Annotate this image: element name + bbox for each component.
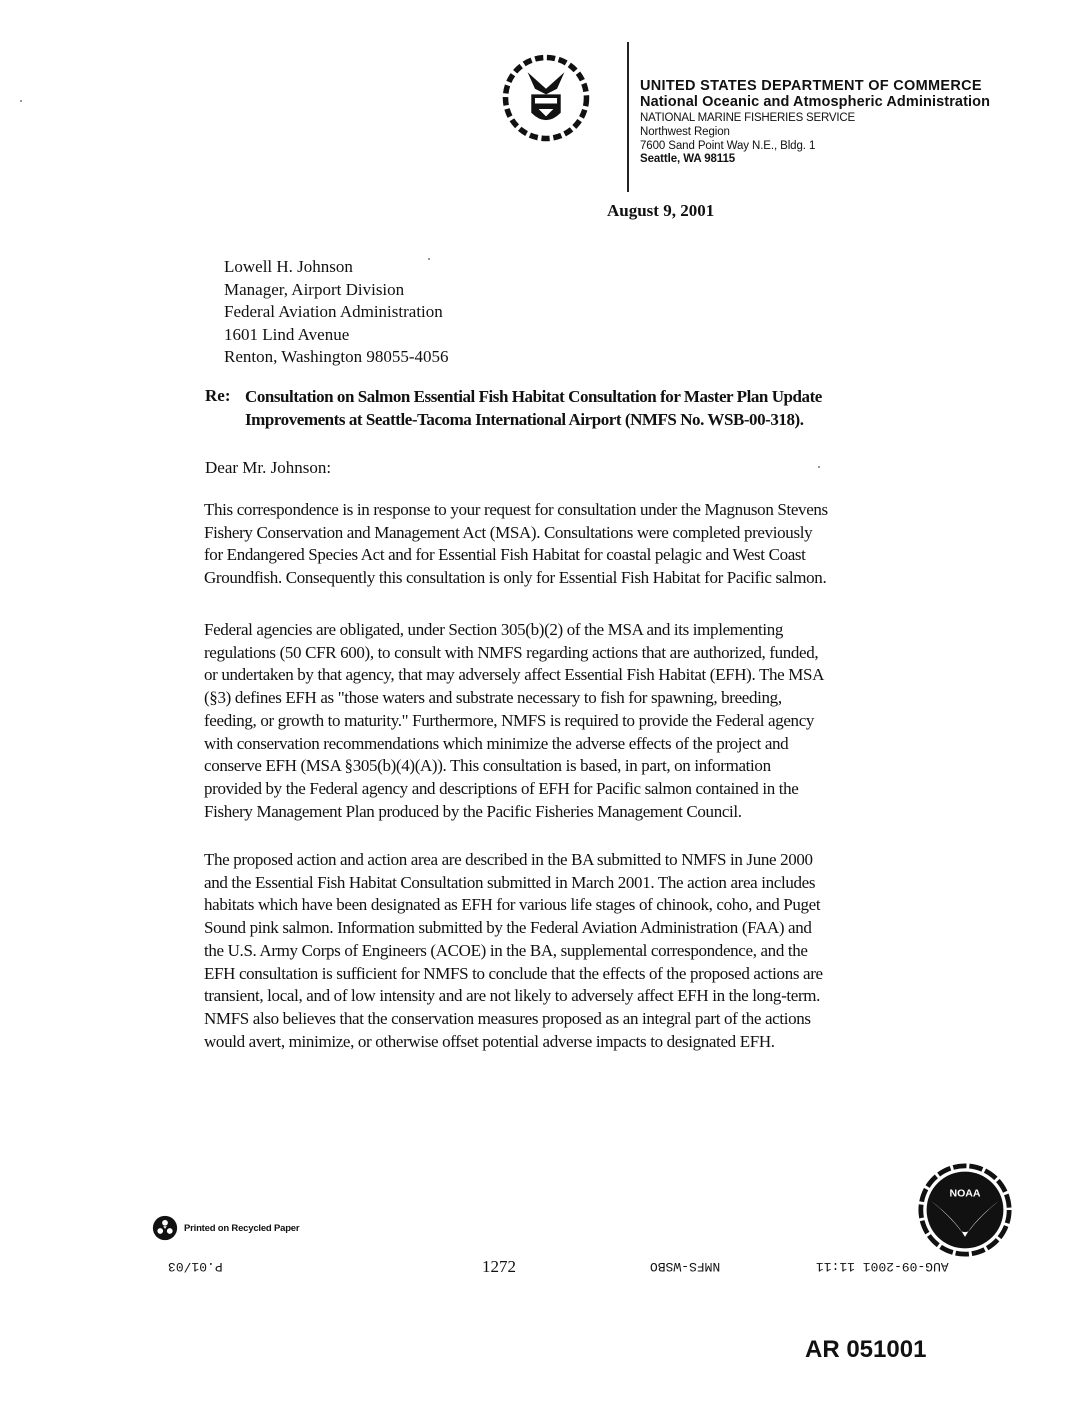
paragraph-line: feeding, or growth to maturity." Further…: [204, 710, 974, 733]
letter-date: August 9, 2001: [607, 201, 714, 221]
recipient-address: Lowell H. Johnson Manager, Airport Divis…: [224, 256, 449, 369]
recipient-city: Renton, Washington 98055-4056: [224, 346, 449, 369]
letterhead-region: Northwest Region: [640, 126, 990, 140]
scan-speck: [428, 258, 430, 260]
noaa-logo-text: NOAA: [949, 1188, 980, 1200]
letterhead-city: Seattle, WA 98115: [640, 153, 990, 167]
paragraph-line: Fishery Management Plan produced by the …: [204, 801, 974, 824]
subject-line: Consultation on Salmon Essential Fish Ha…: [245, 386, 822, 431]
paragraph-line: provided by the Federal agency and descr…: [204, 778, 974, 801]
subject-line-1: Consultation on Salmon Essential Fish Ha…: [245, 386, 822, 409]
paragraph-line: Groundfish. Consequently this consultati…: [204, 567, 974, 590]
paragraph-line: habitats which have been designated as E…: [204, 894, 974, 917]
scan-speck: [818, 466, 820, 468]
paragraph-line: with conservation recommendations which …: [204, 733, 974, 756]
body-paragraph-2: Federal agencies are obligated, under Se…: [204, 619, 974, 823]
paragraph-line: Fishery Conservation and Management Act …: [204, 522, 974, 545]
subject-line-2: Improvements at Seattle-Tacoma Internati…: [245, 409, 822, 432]
letterhead-agency: National Oceanic and Atmospheric Adminis…: [640, 94, 990, 110]
recycled-paper-text: Printed on Recycled Paper: [184, 1223, 299, 1234]
paragraph-line: EFH consultation is sufficient for NMFS …: [204, 963, 974, 986]
recipient-organization: Federal Aviation Administration: [224, 301, 449, 324]
recycled-paper-notice: Printed on Recycled Paper: [152, 1215, 299, 1241]
paragraph-line: for Endangered Species Act and for Essen…: [204, 544, 974, 567]
body-paragraph-3: The proposed action and action area are …: [204, 849, 974, 1053]
paragraph-line: or undertaken by that agency, that may a…: [204, 664, 974, 687]
letterhead-department: UNITED STATES DEPARTMENT OF COMMERCE: [640, 78, 990, 94]
body-paragraph-1: This correspondence is in response to yo…: [204, 499, 974, 590]
scan-speck: [20, 100, 22, 102]
page-number: 1272: [482, 1257, 516, 1277]
paragraph-line: transient, local, and of low intensity a…: [204, 985, 974, 1008]
fax-page-count: P.01/03: [168, 1259, 223, 1274]
recipient-street: 1601 Lind Avenue: [224, 324, 449, 347]
paragraph-line: and the Essential Fish Habitat Consultat…: [204, 872, 974, 895]
subject-label: Re:: [205, 386, 230, 406]
fax-timestamp: AUG-09-2001 11:11: [816, 1259, 949, 1274]
paragraph-line: the U.S. Army Corps of Engineers (ACOE) …: [204, 940, 974, 963]
paragraph-line: Sound pink salmon. Information submitted…: [204, 917, 974, 940]
archive-record-id: AR 051001: [805, 1336, 926, 1364]
paragraph-line: Federal agencies are obligated, under Se…: [204, 619, 974, 642]
recipient-name: Lowell H. Johnson: [224, 256, 449, 279]
recipient-title: Manager, Airport Division: [224, 279, 449, 302]
letterhead-street: 7600 Sand Point Way N.E., Bldg. 1: [640, 140, 990, 154]
paragraph-line: (§3) defines EFH as "those waters and su…: [204, 687, 974, 710]
letterhead-service: NATIONAL MARINE FISHERIES SERVICE: [640, 110, 990, 126]
department-of-commerce-seal-icon: [500, 52, 592, 144]
letterhead-divider: [627, 42, 629, 192]
salutation: Dear Mr. Johnson:: [205, 458, 331, 478]
paragraph-line: conserve EFH (MSA §305(b)(4)(A)). This c…: [204, 755, 974, 778]
recycle-icon: [152, 1215, 178, 1241]
paragraph-line: NMFS also believes that the conservation…: [204, 1008, 974, 1031]
fax-sender-id: NMFS-WSBO: [650, 1259, 720, 1274]
letterhead: UNITED STATES DEPARTMENT OF COMMERCE Nat…: [640, 78, 990, 167]
paragraph-line: would avert, minimize, or otherwise offs…: [204, 1031, 974, 1054]
paragraph-line: The proposed action and action area are …: [204, 849, 974, 872]
paragraph-line: regulations (50 CFR 600), to consult wit…: [204, 642, 974, 665]
noaa-logo-icon: NOAA: [915, 1162, 1015, 1258]
paragraph-line: This correspondence is in response to yo…: [204, 499, 974, 522]
